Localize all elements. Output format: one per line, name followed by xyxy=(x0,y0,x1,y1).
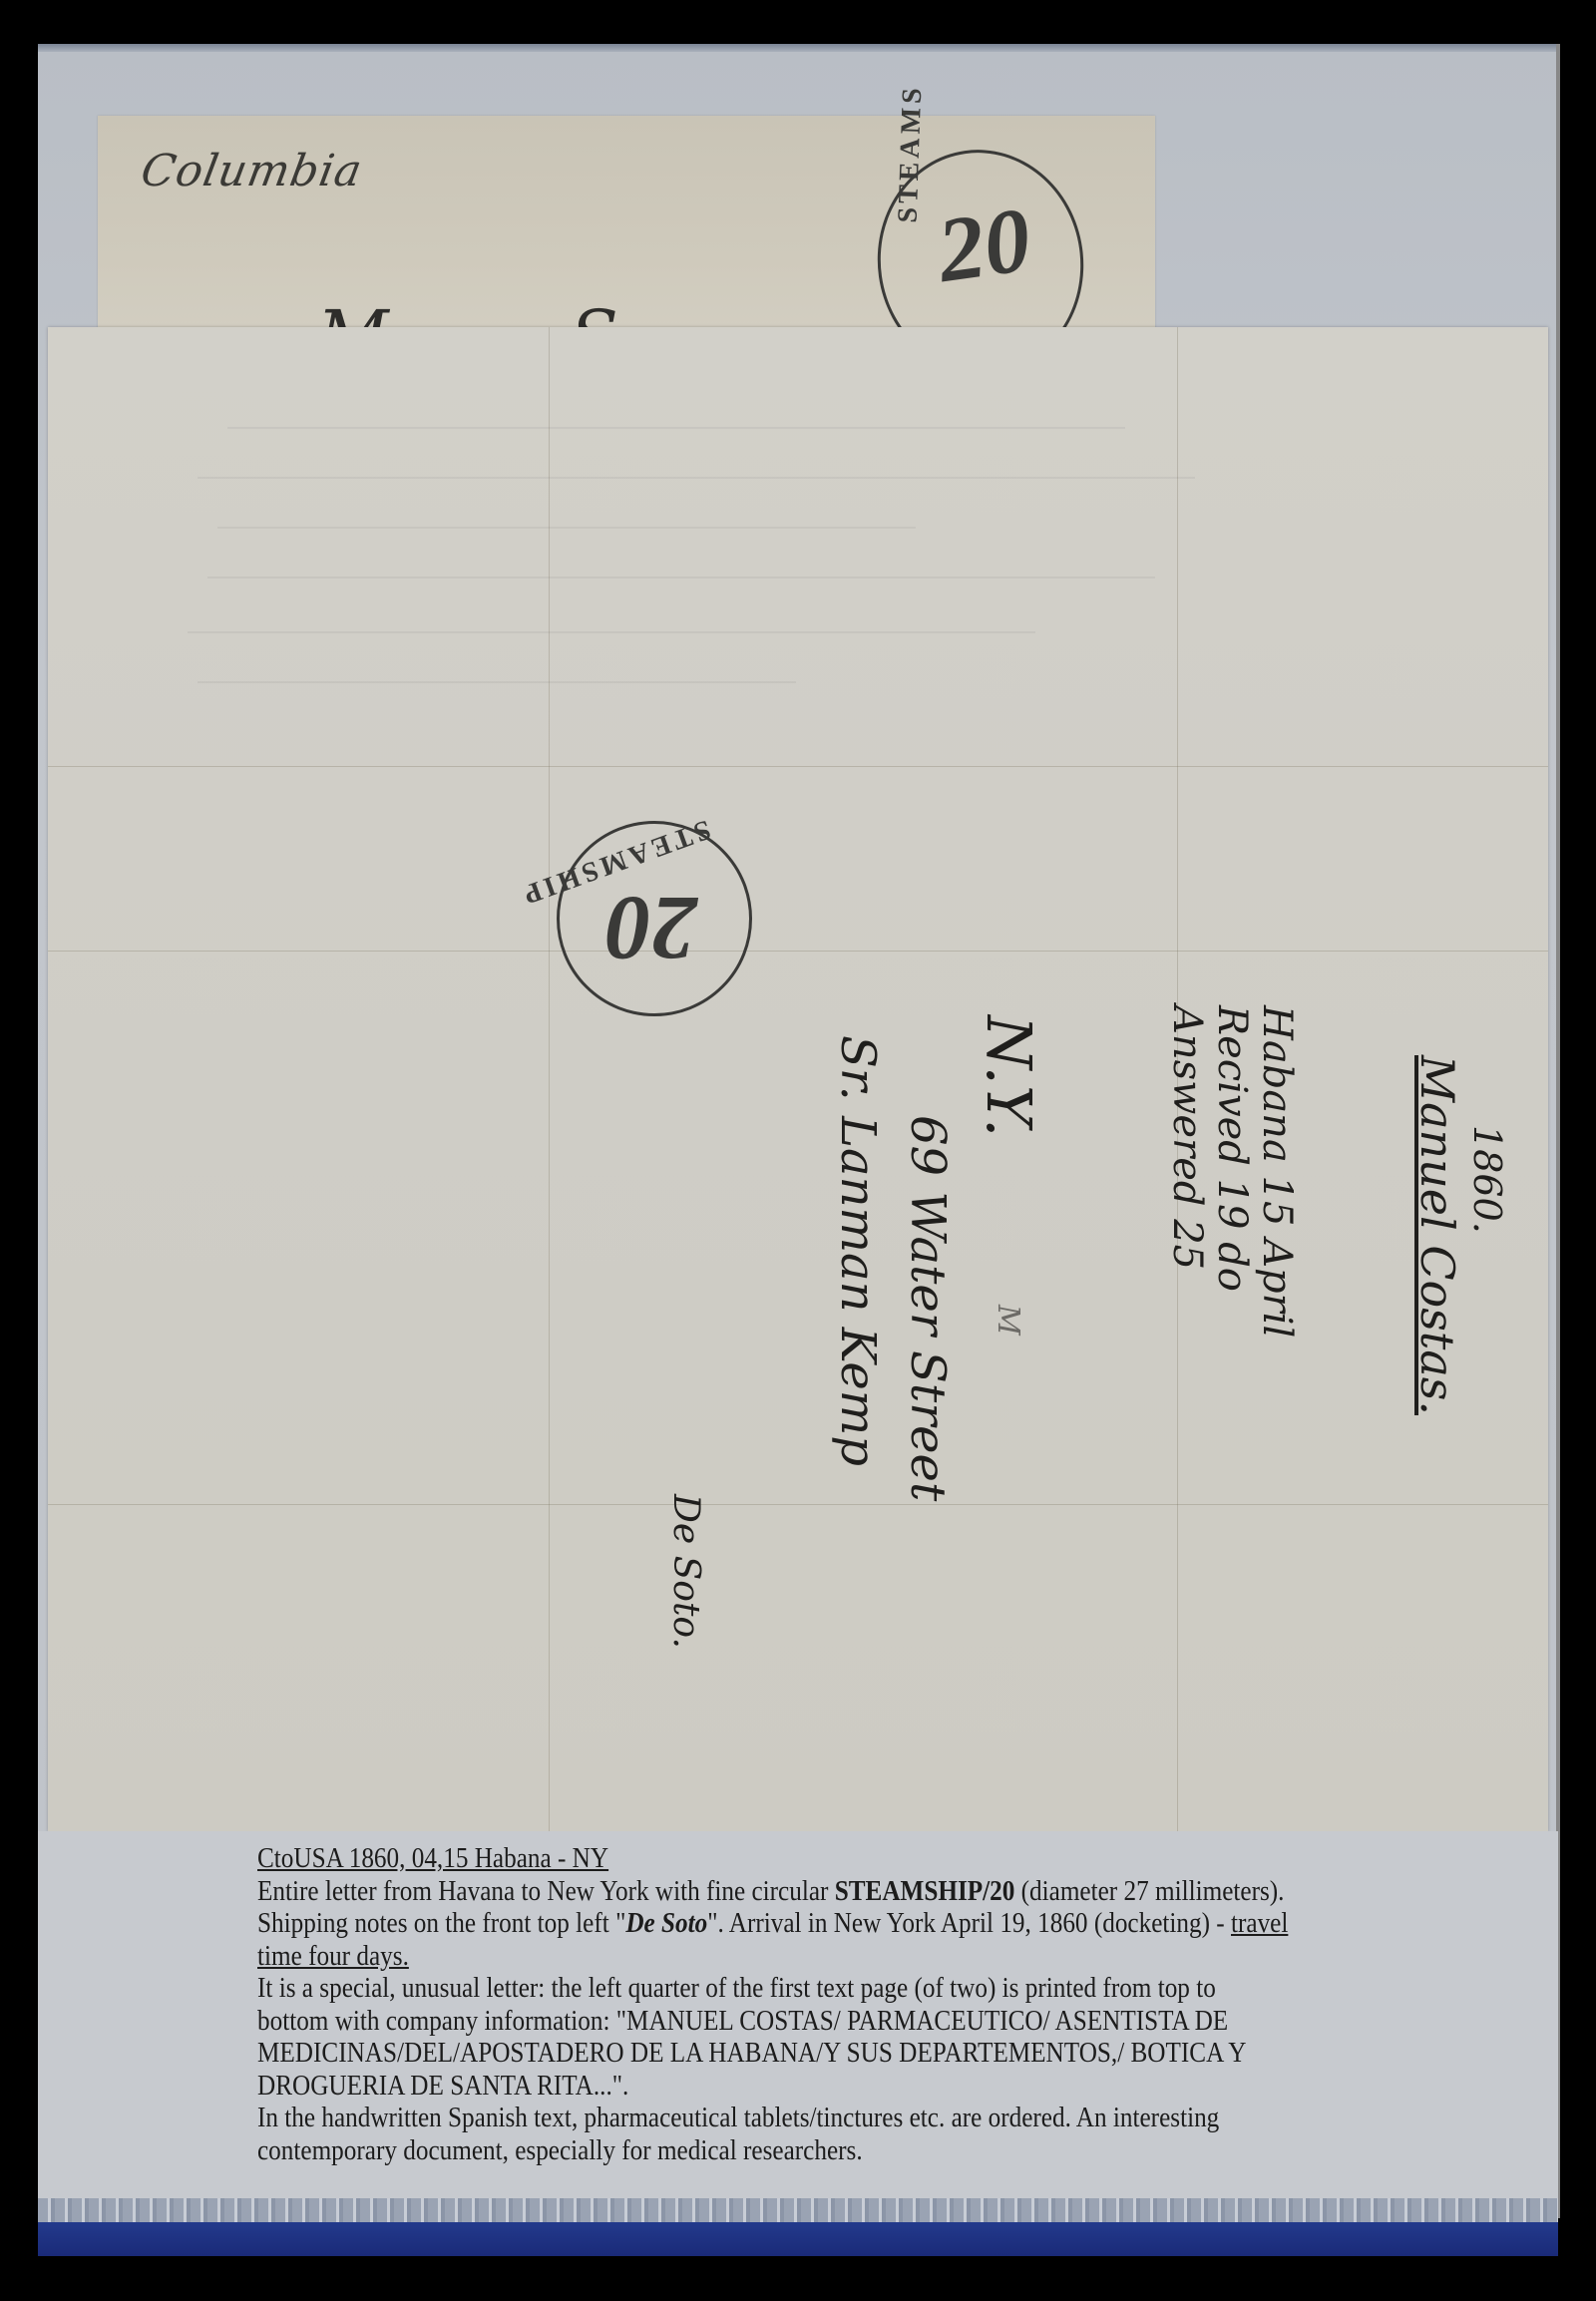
description-paragraph-1: Entire letter from Havana to New York wi… xyxy=(257,1876,1290,1974)
docket-line-3: Answered 25 xyxy=(1164,1005,1210,1270)
show-through-text xyxy=(198,681,796,683)
fold-line xyxy=(48,951,1548,952)
text-segment: Entire letter from Havana to New York wi… xyxy=(257,1876,835,1907)
fold-line xyxy=(48,766,1548,767)
description-paragraph-3: In the handwritten Spanish text, pharmac… xyxy=(257,2103,1290,2167)
address-line-2: 69 Water Street xyxy=(900,1115,956,1501)
postmark-number: 20 xyxy=(932,186,1037,303)
description-paragraph-2: It is a special, unusual letter: the lef… xyxy=(257,1973,1290,2103)
show-through-text xyxy=(217,527,916,529)
show-through-text xyxy=(227,427,1125,429)
fold-line xyxy=(48,1504,1548,1505)
docket-year: 1860. xyxy=(1465,1125,1509,1234)
sleeve-top-edge xyxy=(38,44,1558,52)
address-line-3: N.Y. xyxy=(973,1015,1045,1138)
docket-line-2: Recived 19 do xyxy=(1209,1005,1255,1292)
fold-line xyxy=(549,327,550,1831)
album-blue-strip xyxy=(38,2222,1558,2256)
text-segment: ". Arrival in New York April 19, 1860 (d… xyxy=(707,1908,1231,1939)
docket-sender: Manuel Costas. xyxy=(1410,1055,1464,1415)
show-through-text xyxy=(198,477,1195,479)
description-text: CtoUSA 1860, 04,15 Habana - NY Entire le… xyxy=(257,1843,1290,2167)
address-line-1: Sr. Lanman Kemp xyxy=(830,1035,886,1466)
postmark-number: 20 xyxy=(605,876,697,981)
ship-name: De Soto xyxy=(625,1908,707,1939)
steamship-postmark-front: STEAMSHIP 20 xyxy=(557,821,752,1016)
front-letter: STEAMSHIP 20 Sr. Lanman Kemp 69 Water St… xyxy=(48,327,1548,1831)
pencil-mark: M xyxy=(991,1305,1025,1336)
show-through-text xyxy=(207,576,1155,578)
description-title: CtoUSA 1860, 04,15 Habana - NY xyxy=(257,1843,1290,1876)
postmark-ring-text: STEAMS xyxy=(893,84,930,223)
show-through-text xyxy=(188,631,1035,633)
docket-line-1: Habana 15 April xyxy=(1254,1005,1300,1338)
handwritten-columbia: Columbia xyxy=(138,146,367,196)
shipping-note-de-soto: De Soto. xyxy=(665,1494,706,1649)
postmark-name: STEAMSHIP/20 xyxy=(835,1876,1015,1907)
